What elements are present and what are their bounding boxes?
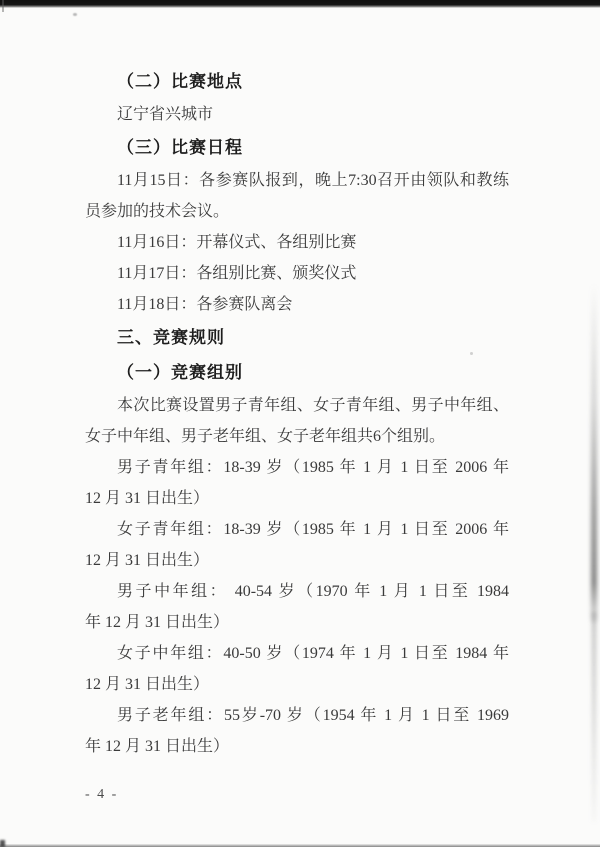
heading-line: （三）比赛日程 — [85, 130, 509, 165]
scanned-document-page: （二）比赛地点辽宁省兴城市（三）比赛日程11月15日：各参赛队报到，晚上7:30… — [0, 0, 600, 847]
paragraph: 男子老年组：55岁-70 岁（1954 年 1 月 1 日至 1969年 12 … — [85, 700, 509, 762]
text-line: 12 月 31 日出生） — [85, 545, 509, 576]
text-line: 辽宁省兴城市 — [85, 99, 509, 130]
text-line: 本次比赛设置男子青年组、女子青年组、男子中年组、 — [85, 390, 509, 421]
text-line: 年 12 月 31 日出生） — [85, 731, 509, 762]
paragraph: 11月15日：各参赛队报到，晚上7:30召开由领队和教练员参加的技术会议。 — [85, 165, 509, 227]
text-line: 年 12 月 31 日出生） — [85, 607, 509, 638]
page-number: - 4 - — [85, 787, 118, 803]
section-heading: （二）比赛地点 — [85, 64, 509, 99]
text-line: 12 月 31 日出生） — [85, 669, 509, 700]
text-line: 11月18日：各参赛队离会 — [85, 289, 509, 320]
text-line: 男子青年组：18-39 岁（1985 年 1 月 1 日至 2006 年 — [85, 452, 509, 483]
scan-artifact-top-edge — [0, 0, 600, 8]
paragraph: 辽宁省兴城市 — [85, 99, 509, 130]
text-line: 11月16日：开幕仪式、各组别比赛 — [85, 227, 509, 258]
heading-line: （二）比赛地点 — [85, 64, 509, 99]
scan-speck — [73, 13, 77, 16]
paragraph: 女子中年组：40-50 岁（1974 年 1 月 1 日至 1984 年12 月… — [85, 638, 509, 700]
section-heading: 三、竞赛规则 — [85, 320, 509, 355]
text-line: 男子中年组： 40-54 岁（1970 年 1 月 1 日至 1984 — [85, 576, 509, 607]
section-heading: （一）竞赛组别 — [85, 355, 509, 390]
scan-artifact-right-shadow-tail — [592, 612, 596, 822]
text-line: 11月15日：各参赛队报到，晚上7:30召开由领队和教练 — [85, 165, 509, 196]
text-line: 12 月 31 日出生） — [85, 483, 509, 514]
section-heading: （三）比赛日程 — [85, 130, 509, 165]
heading-line: （一）竞赛组别 — [85, 355, 509, 390]
paragraph: 男子中年组： 40-54 岁（1970 年 1 月 1 日至 1984年 12 … — [85, 576, 509, 638]
paragraph: 11月16日：开幕仪式、各组别比赛 — [85, 227, 509, 258]
scan-artifact-corner-mark — [0, 840, 5, 847]
scan-artifact-right-shadow — [591, 283, 597, 623]
text-line: 女子中年组：40-50 岁（1974 年 1 月 1 日至 1984 年 — [85, 638, 509, 669]
paragraph: 11月17日：各组别比赛、颁奖仪式 — [85, 258, 509, 289]
paragraph: 女子青年组：18-39 岁（1985 年 1 月 1 日至 2006 年12 月… — [85, 514, 509, 576]
document-content: （二）比赛地点辽宁省兴城市（三）比赛日程11月15日：各参赛队报到，晚上7:30… — [85, 64, 509, 762]
text-line: 男子老年组：55岁-70 岁（1954 年 1 月 1 日至 1969 — [85, 700, 509, 731]
paragraph: 本次比赛设置男子青年组、女子青年组、男子中年组、女子中年组、男子老年组、女子老年… — [85, 390, 509, 452]
text-line: 女子中年组、男子老年组、女子老年组共6个组别。 — [85, 421, 509, 452]
text-line: 女子青年组：18-39 岁（1985 年 1 月 1 日至 2006 年 — [85, 514, 509, 545]
paragraph: 男子青年组：18-39 岁（1985 年 1 月 1 日至 2006 年12 月… — [85, 452, 509, 514]
paragraph: 11月18日：各参赛队离会 — [85, 289, 509, 320]
text-line: 员参加的技术会议。 — [85, 196, 509, 227]
text-line: 11月17日：各组别比赛、颁奖仪式 — [85, 258, 509, 289]
heading-line: 三、竞赛规则 — [85, 320, 509, 355]
scan-artifact-left-edge-mark — [2, 0, 4, 12]
